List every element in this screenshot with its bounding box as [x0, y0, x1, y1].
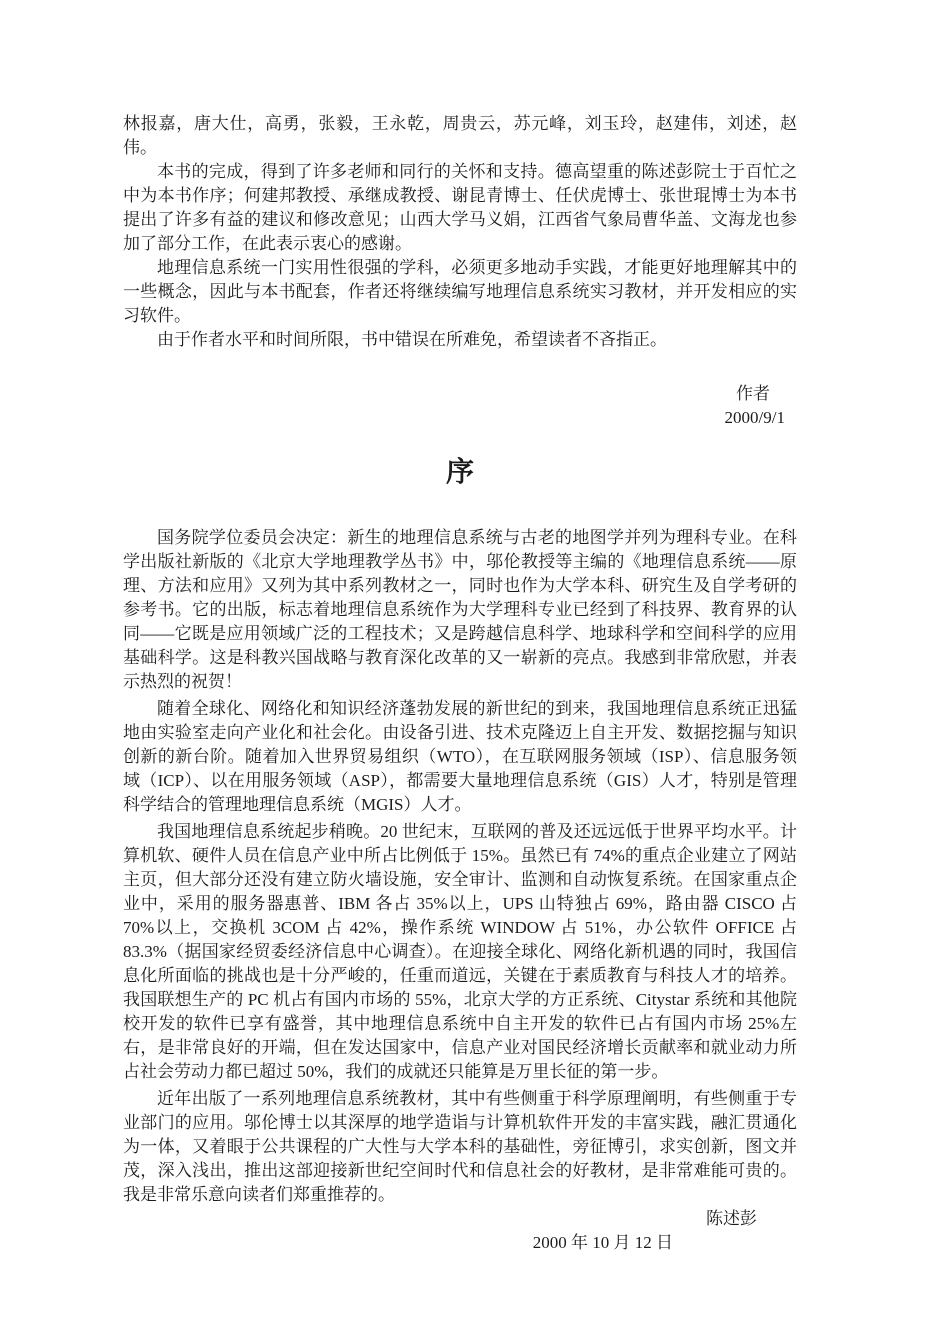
preface-paragraph-2: 随着全球化、网络化和知识经济蓬勃发展的新世纪的到来，我国地理信息系统正迅猛地由实… — [123, 697, 797, 817]
author-signature-date: 2000/9/1 — [123, 406, 797, 430]
acknowledgements-paragraph-1: 本书的完成，得到了许多老师和同行的关怀和支持。德高望重的陈述彭院士于百忙之中为本… — [123, 160, 797, 256]
acknowledgements-continuation-line: 林报嘉，唐大仕，高勇，张毅，王永乾，周贵云，苏元峰，刘玉玲，赵建伟，刘述，赵伟。 — [123, 112, 797, 160]
page-text-block: 林报嘉，唐大仕，高勇，张毅，王永乾，周贵云，苏元峰，刘玉玲，赵建伟，刘述，赵伟。… — [123, 0, 797, 1255]
author-signature-name: 作者 — [123, 382, 797, 406]
preface-section: 序 国务院学位委员会决定：新生的地理信息系统与古老的地图学并列为理科专业。在科学… — [123, 456, 797, 1255]
acknowledgements-section: 林报嘉，唐大仕，高勇，张毅，王永乾，周贵云，苏元峰，刘玉玲，赵建伟，刘述，赵伟。… — [123, 112, 797, 430]
preface-paragraph-4: 近年出版了一系列地理信息系统教材，其中有些侧重于科学原理阐明，有些侧重于专业部门… — [123, 1087, 797, 1207]
book-page: 林报嘉，唐大仕，高勇，张毅，王永乾，周贵云，苏元峰，刘玉玲，赵建伟，刘述，赵伟。… — [0, 0, 950, 1320]
author-signature-block: 作者 2000/9/1 — [123, 382, 797, 430]
preface-signature-block: 陈述彭 2000 年 10 月 12 日 — [123, 1207, 797, 1255]
preface-paragraph-1: 国务院学位委员会决定：新生的地理信息系统与古老的地图学并列为理科专业。在科学出版… — [123, 526, 797, 694]
preface-paragraph-3: 我国地理信息系统起步稍晚。20 世纪末，互联网的普及还远远低于世界平均水平。计算… — [123, 820, 797, 1084]
acknowledgements-paragraph-3: 由于作者水平和时间所限，书中错误在所难免，希望读者不吝指正。 — [123, 328, 797, 352]
preface-signature-date: 2000 年 10 月 12 日 — [123, 1231, 797, 1255]
preface-title: 序 — [123, 456, 797, 490]
acknowledgements-paragraph-2: 地理信息系统一门实用性很强的学科，必须更多地动手实践，才能更好地理解其中的一些概… — [123, 256, 797, 328]
preface-signature-name: 陈述彭 — [123, 1207, 797, 1231]
